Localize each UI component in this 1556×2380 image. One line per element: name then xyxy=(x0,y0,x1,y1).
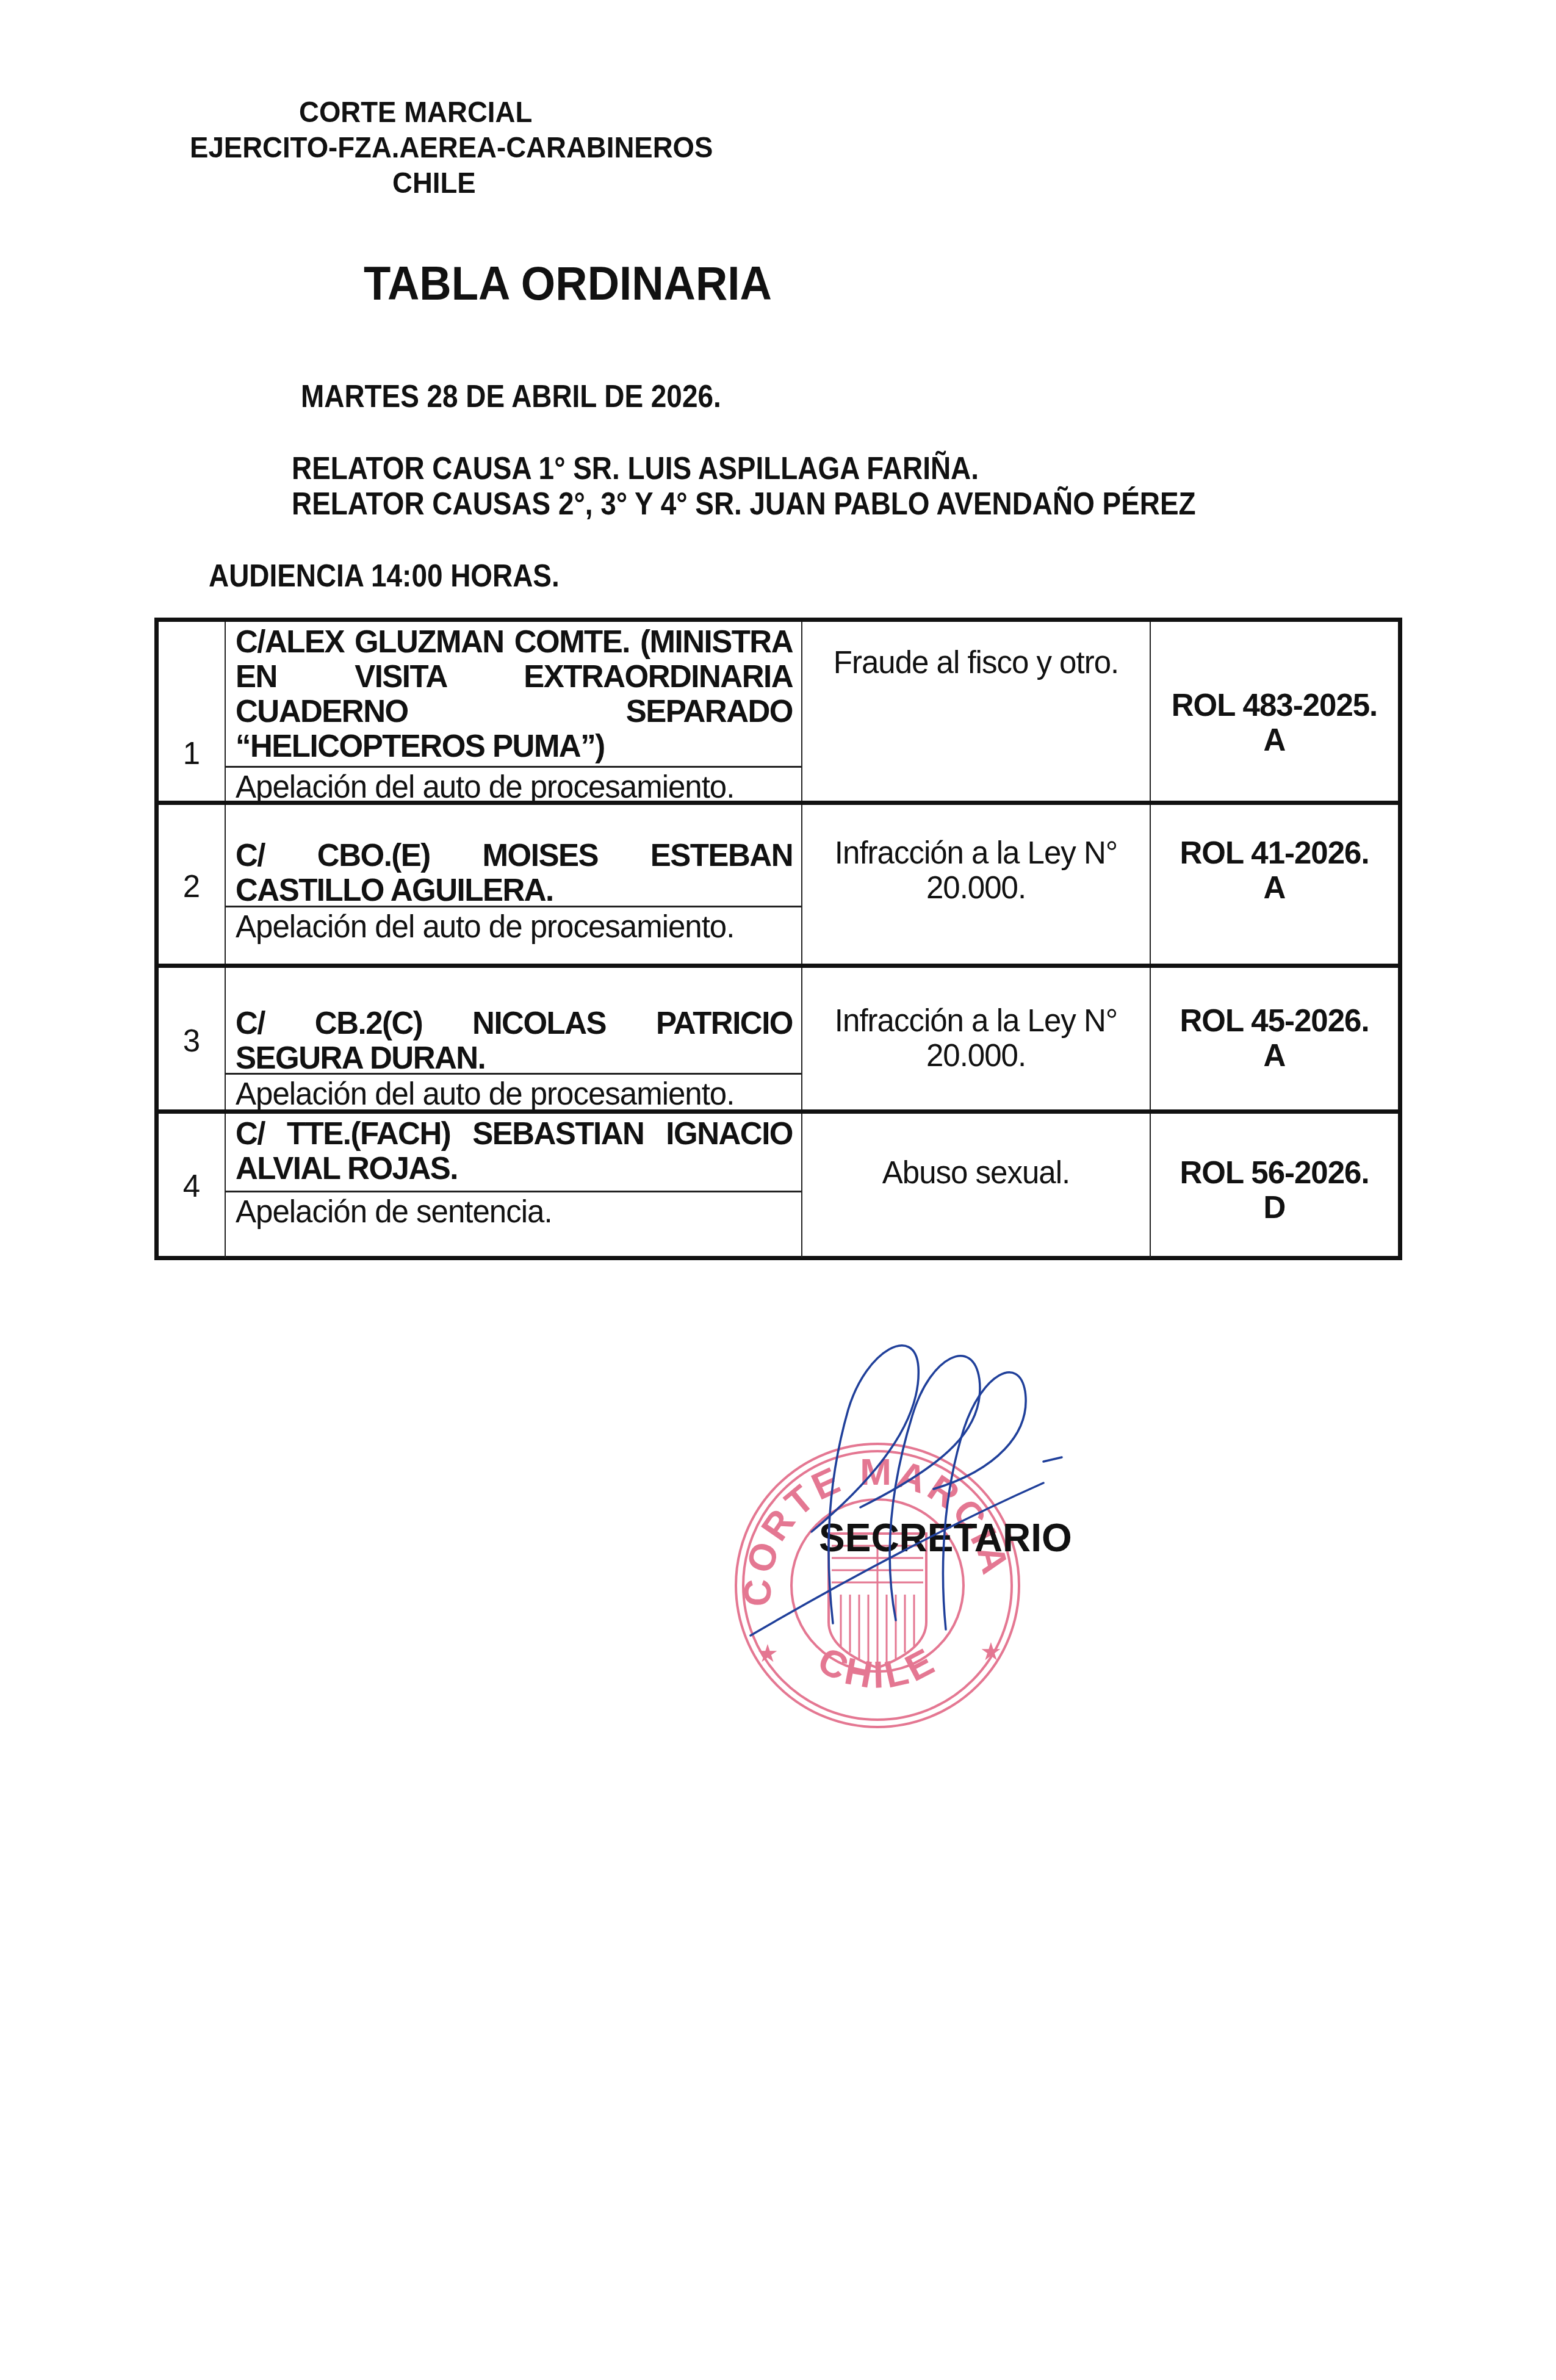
defendant-name-line: CASTILLO AGUILERA. xyxy=(236,873,793,907)
description-divider xyxy=(226,906,801,907)
defendant-name-line: EN VISITA EXTRAORDINARIA xyxy=(236,659,793,694)
relator-line-2: RELATOR CAUSAS 2°, 3° Y 4° SR. JUAN PABL… xyxy=(292,488,1196,519)
case-rol: ROL 483-2025.A xyxy=(1151,622,1398,803)
crime: Fraude al fisco y otro. xyxy=(802,622,1151,803)
defendant-name: C/ TTE.(FACH) SEBASTIAN IGNACIOALVIAL RO… xyxy=(236,1116,793,1186)
case-description: C/ALEX GLUZMAN COMTE. (MINISTRAEN VISITA… xyxy=(226,622,802,803)
case-number: 2 xyxy=(159,805,226,968)
rol-text: ROL 483-2025.A xyxy=(1151,688,1398,757)
appeal-type: Apelación del auto de procesamiento. xyxy=(236,909,734,944)
defendant-name-line: C/ TTE.(FACH) SEBASTIAN IGNACIO xyxy=(236,1116,793,1151)
relator-line-1: RELATOR CAUSA 1° SR. LUIS ASPILLAGA FARI… xyxy=(292,453,979,484)
table-row: 1C/ALEX GLUZMAN COMTE. (MINISTRAEN VISIT… xyxy=(159,622,1398,803)
defendant-name: C/ALEX GLUZMAN COMTE. (MINISTRAEN VISITA… xyxy=(236,624,793,763)
crime: Infracción a la Ley N°20.000. xyxy=(802,968,1151,1114)
signatory-role: SECRETARIO xyxy=(819,1518,1072,1557)
court-name: CORTE MARCIAL xyxy=(299,98,532,128)
court-country: CHILE xyxy=(392,168,476,198)
crime: Abuso sexual. xyxy=(802,1114,1151,1258)
case-rol: ROL 56-2026.D xyxy=(1151,1114,1398,1258)
crime-text: Fraude al fisco y otro. xyxy=(802,645,1150,680)
table-row: 2C/ CBO.(E) MOISES ESTEBANCASTILLO AGUIL… xyxy=(159,801,1398,968)
case-rol: ROL 41-2026.A xyxy=(1151,805,1398,968)
defendant-name-line: CUADERNO SEPARADO xyxy=(236,694,793,729)
rol-text: ROL 45-2026.A xyxy=(1151,1003,1398,1073)
appeal-type: Apelación del auto de procesamiento. xyxy=(236,1076,734,1111)
table-row: 4C/ TTE.(FACH) SEBASTIAN IGNACIOALVIAL R… xyxy=(159,1109,1398,1258)
star-icon: ★ xyxy=(757,1640,779,1667)
table-row: 3C/ CB.2(C) NICOLAS PATRICIOSEGURA DURAN… xyxy=(159,964,1398,1114)
case-number: 1 xyxy=(159,622,226,803)
court-branches: EJERCITO-FZA.AEREA-CARABINEROS xyxy=(190,133,713,163)
description-divider xyxy=(226,1191,801,1192)
crime-text: Infracción a la Ley N°20.000. xyxy=(802,1003,1150,1073)
crime: Infracción a la Ley N°20.000. xyxy=(802,805,1151,968)
crime-text: Infracción a la Ley N°20.000. xyxy=(802,835,1150,905)
case-description: C/ CB.2(C) NICOLAS PATRICIOSEGURA DURAN.… xyxy=(226,968,802,1114)
defendant-name-line: “HELICOPTEROS PUMA”) xyxy=(236,729,793,763)
star-icon: ★ xyxy=(980,1639,1002,1665)
defendant-name-line: SEGURA DURAN. xyxy=(236,1040,793,1075)
case-number: 4 xyxy=(159,1114,226,1258)
court-stamp: CORTE MARCIAL CHILE ★ ★ xyxy=(731,1439,1024,1732)
defendant-name: C/ CBO.(E) MOISES ESTEBANCASTILLO AGUILE… xyxy=(236,838,793,907)
session-date: MARTES 28 DE ABRIL DE 2026. xyxy=(301,381,721,412)
crime-text: Abuso sexual. xyxy=(802,1155,1150,1190)
appeal-type: Apelación de sentencia. xyxy=(236,1194,552,1229)
defendant-name-line: C/ CB.2(C) NICOLAS PATRICIO xyxy=(236,1006,793,1040)
description-divider xyxy=(226,766,801,768)
defendant-name-line: C/ CBO.(E) MOISES ESTEBAN xyxy=(236,838,793,873)
case-description: C/ CBO.(E) MOISES ESTEBANCASTILLO AGUILE… xyxy=(226,805,802,968)
case-rol: ROL 45-2026.A xyxy=(1151,968,1398,1114)
case-description: C/ TTE.(FACH) SEBASTIAN IGNACIOALVIAL RO… xyxy=(226,1114,802,1258)
hearing-time: AUDIENCIA 14:00 HORAS. xyxy=(209,560,560,591)
defendant-name: C/ CB.2(C) NICOLAS PATRICIOSEGURA DURAN. xyxy=(236,1006,793,1075)
defendant-name-line: ALVIAL ROJAS. xyxy=(236,1151,793,1186)
case-number: 3 xyxy=(159,968,226,1114)
description-divider xyxy=(226,1073,801,1075)
defendant-name-line: C/ALEX GLUZMAN COMTE. (MINISTRA xyxy=(236,624,793,659)
rol-text: ROL 41-2026.A xyxy=(1151,835,1398,905)
rol-text: ROL 56-2026.D xyxy=(1151,1155,1398,1225)
appeal-type: Apelación del auto de procesamiento. xyxy=(236,770,734,804)
page-title: TABLA ORDINARIA xyxy=(364,259,772,307)
cases-table: 1C/ALEX GLUZMAN COMTE. (MINISTRAEN VISIT… xyxy=(154,618,1402,1260)
